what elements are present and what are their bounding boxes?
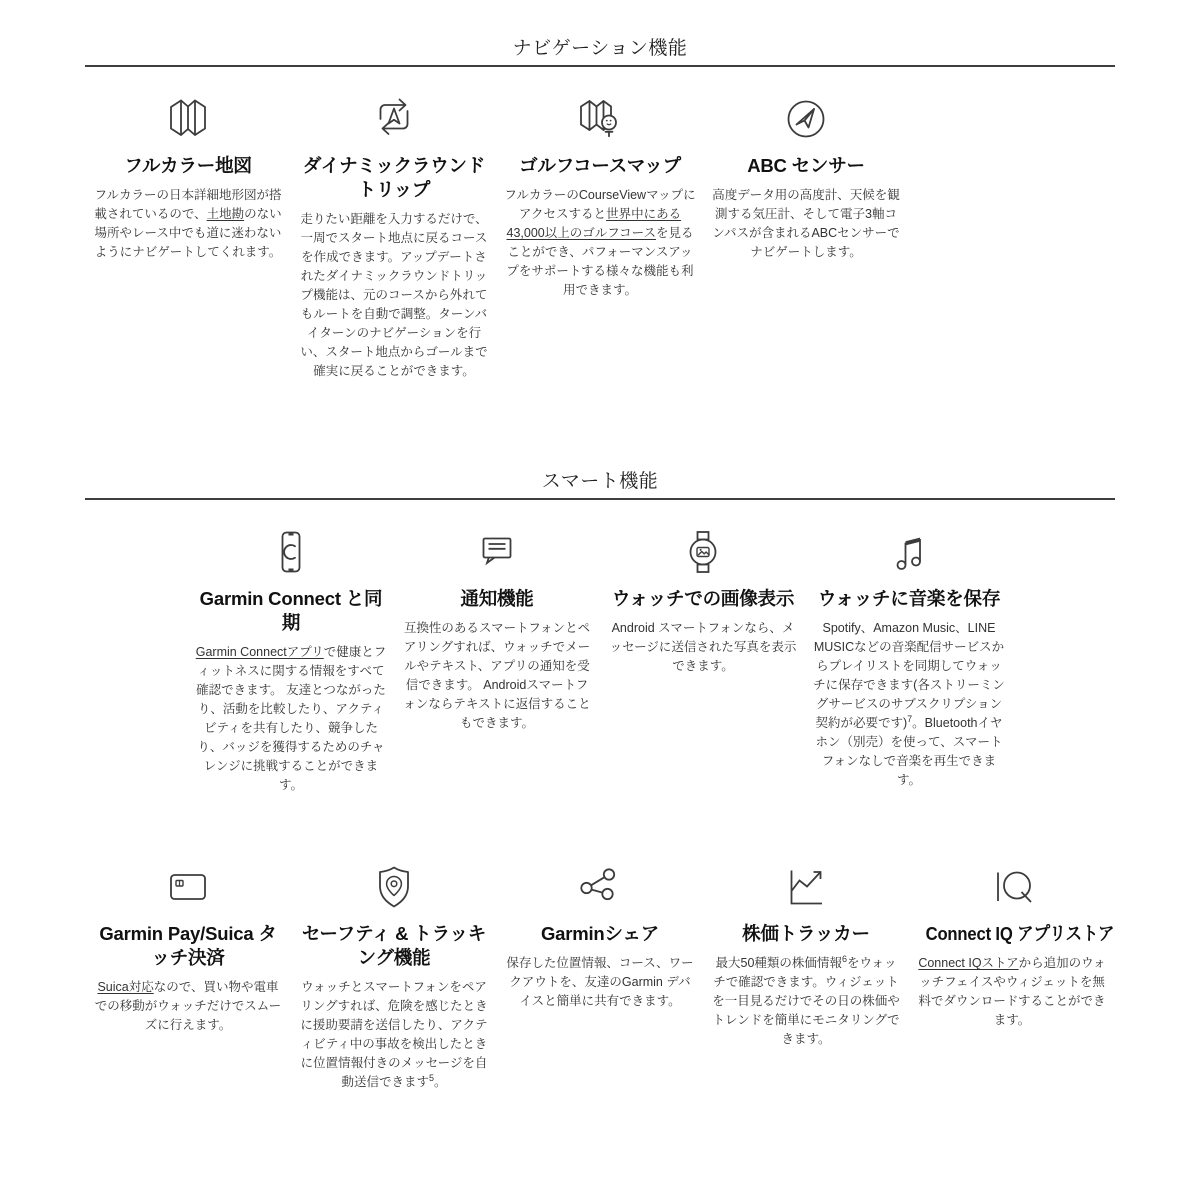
feature-title: ダイナミックラウンドトリップ [298, 154, 490, 202]
navigation-features-section: ナビゲーション機能 フルカラー地図 フルカラーの日本詳細地形図が搭載されているの… [85, 0, 1115, 381]
section-divider [85, 498, 1115, 500]
inline-link[interactable]: Suica対応 [97, 980, 153, 994]
shield-location-icon [298, 860, 490, 914]
card-notifications: 通知機能 互換性のあるスマートフォンとペアリングすれば、ウォッチでメールやテキス… [394, 525, 600, 795]
feature-title: Connect IQ アプリストア [926, 922, 1099, 946]
card-dynamic-round-trip: ダイナミックラウンドトリップ 走りたい距離を入力するだけで、一周でスタート地点に… [291, 92, 497, 381]
feature-description: Suica対応なので、買い物や電車での移動がウォッチだけでスムーズに行えます。 [92, 978, 284, 1035]
card-abc-sensor: ABC センサー 高度データ用の高度計、天候を観測する気圧計、そして電子3軸コン… [703, 92, 909, 381]
round-trip-arrows-icon [298, 92, 490, 146]
feature-title: 通知機能 [401, 587, 593, 611]
share-nodes-icon [504, 860, 696, 914]
feature-description: Garmin Connectアプリで健康とフィットネスに関する情報をすべて確認で… [195, 643, 387, 795]
inline-link[interactable]: Connect IQストア [918, 956, 1018, 970]
music-note-icon [813, 525, 1005, 579]
inline-link[interactable]: 土地勘 [207, 207, 245, 221]
feature-description: 最大50種類の株価情報6をウォッチで確認できます。ウィジェットを一目見るだけでそ… [710, 954, 902, 1049]
text-run: 。 [434, 1075, 447, 1089]
text-run: 高度データ用の高度計、天候を観測する気圧計、そして電子3軸コンパスが含まれるAB… [712, 188, 900, 259]
message-notification-icon [401, 525, 593, 579]
card-golf-course-map: ゴルフコースマップ フルカラーのCourseViewマップにアクセスすると世界中… [497, 92, 703, 381]
watch-photo-icon [607, 525, 799, 579]
text-run: 互換性のあるスマートフォンとペアリングすれば、ウォッチでメールやテキスト、アプリ… [403, 621, 590, 730]
text-run: ウォッチとスマートフォンをペアリングすれば、危険を感じたときに援助要請を送信した… [300, 980, 487, 1089]
feature-description: フルカラーの日本詳細地形図が搭載されているので、土地勘のない場所やレース中でも道… [92, 186, 284, 262]
feature-description: 保存した位置情報、コース、ワークアウトを、友達のGarmin デバイスと簡単に共… [504, 954, 696, 1011]
feature-title: Garminシェア [504, 922, 696, 946]
card-garmin-connect-sync: Garmin Connect と同期 Garmin Connectアプリで健康と… [188, 525, 394, 795]
section-title-navigation: ナビゲーション機能 [85, 36, 1115, 62]
section-title-smart: スマート機能 [85, 469, 1115, 495]
feature-description: 走りたい距離を入力するだけで、一周でスタート地点に戻るコースを作成できます。アッ… [298, 210, 490, 381]
feature-title: セーフティ & トラッキング機能 [298, 922, 490, 970]
feature-description: Connect IQストアから追加のウォッチフェイスやウィジェットを無料でダウン… [916, 954, 1108, 1030]
text-run: 最大50種類の株価情報 [716, 956, 842, 970]
card-stock-tracker: 株価トラッカー 最大50種類の株価情報6をウォッチで確認できます。ウィジェットを… [703, 860, 909, 1092]
feature-title: 株価トラッカー [710, 922, 902, 946]
card-photo-on-watch: ウォッチでの画像表示 Android スマートフォンなら、メッセージに送信された… [600, 525, 806, 795]
smart-feature-grid-row2: Garmin Pay/Suica タッチ決済 Suica対応なので、買い物や電車… [85, 860, 1115, 1092]
text-run: で健康とフィットネスに関する情報をすべて確認できます。 友達とつながったり、活動… [196, 645, 386, 792]
feature-description: ウォッチとスマートフォンをペアリングすれば、危険を感じたときに援助要請を送信した… [298, 978, 490, 1092]
card-full-color-map: フルカラー地図 フルカラーの日本詳細地形図が搭載されているので、土地勘のない場所… [85, 92, 291, 381]
feature-title: Garmin Connect と同期 [195, 587, 387, 635]
connect-iq-icon [916, 860, 1108, 914]
text-run: 保存した位置情報、コース、ワークアウトを、友達のGarmin デバイスと簡単に共… [506, 956, 693, 1008]
card-garmin-pay-suica: Garmin Pay/Suica タッチ決済 Suica対応なので、買い物や電車… [85, 860, 291, 1092]
phone-sync-icon [195, 525, 387, 579]
inline-link[interactable]: Garmin Connectアプリ [196, 645, 324, 659]
text-run: 走りたい距離を入力するだけで、一周でスタート地点に戻るコースを作成できます。アッ… [300, 212, 487, 378]
product-features-page: ナビゲーション機能 フルカラー地図 フルカラーの日本詳細地形図が搭載されているの… [0, 0, 1200, 1200]
feature-description: 互換性のあるスマートフォンとペアリングすれば、ウォッチでメールやテキスト、アプリ… [401, 619, 593, 733]
feature-title: ABC センサー [710, 154, 902, 178]
section-divider [85, 65, 1115, 67]
feature-title: フルカラー地図 [92, 154, 284, 178]
feature-description: 高度データ用の高度計、天候を観測する気圧計、そして電子3軸コンパスが含まれるAB… [710, 186, 902, 262]
feature-title: ウォッチに音楽を保存 [813, 587, 1005, 611]
smart-features-section: スマート機能 Garmin Connect と同期 Garmin Connect… [85, 469, 1115, 1092]
golf-course-map-icon [504, 92, 696, 146]
feature-description: Android スマートフォンなら、メッセージに送信された写真を表示できます。 [607, 619, 799, 676]
card-safety-tracking: セーフティ & トラッキング機能 ウォッチとスマートフォンをペアリングすれば、危… [291, 860, 497, 1092]
text-run: Android スマートフォンなら、メッセージに送信された写真を表示できます。 [610, 621, 797, 673]
stock-chart-icon [710, 860, 902, 914]
empty-grid-slot [909, 92, 1115, 381]
feature-description: フルカラーのCourseViewマップにアクセスすると世界中にある43,000以… [504, 186, 696, 300]
payment-card-icon [92, 860, 284, 914]
feature-title: Garmin Pay/Suica タッチ決済 [92, 922, 284, 970]
folded-map-icon [92, 92, 284, 146]
feature-title: ウォッチでの画像表示 [607, 587, 799, 611]
feature-title: ゴルフコースマップ [504, 154, 696, 178]
smart-feature-grid-row1: Garmin Connect と同期 Garmin Connectアプリで健康と… [85, 525, 1115, 795]
feature-description: Spotify、Amazon Music、LINE MUSICなどの音楽配信サー… [813, 619, 1005, 790]
card-connect-iq-store: Connect IQ アプリストア Connect IQストアから追加のウォッチ… [909, 860, 1115, 1092]
navigation-feature-grid: フルカラー地図 フルカラーの日本詳細地形図が搭載されているので、土地勘のない場所… [85, 92, 1115, 381]
card-garmin-share: Garminシェア 保存した位置情報、コース、ワークアウトを、友達のGarmin… [497, 860, 703, 1092]
compass-arrow-icon [710, 92, 902, 146]
card-music-storage: ウォッチに音楽を保存 Spotify、Amazon Music、LINE MUS… [806, 525, 1012, 795]
